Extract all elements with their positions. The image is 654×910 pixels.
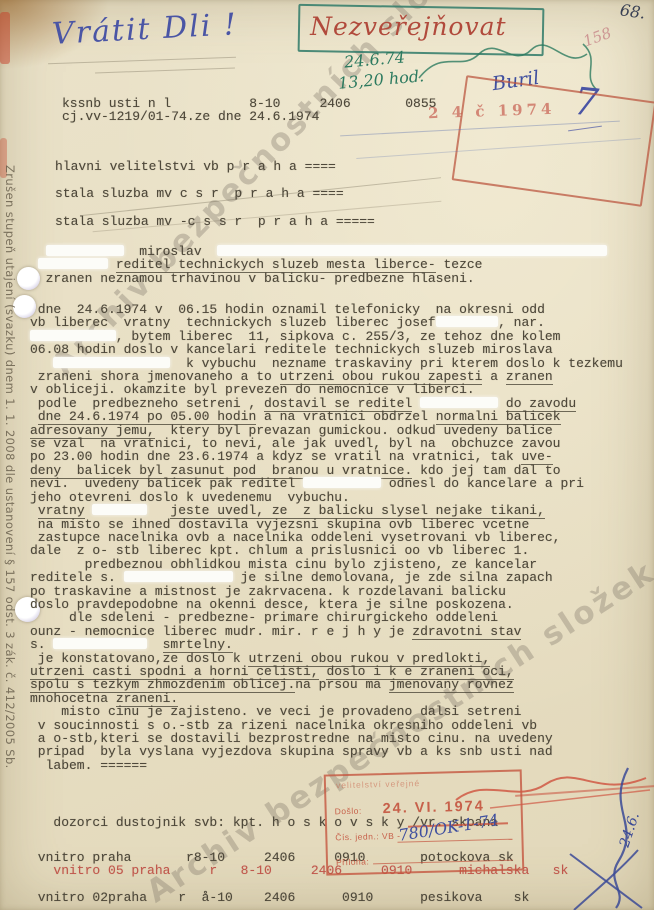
recipient-addresses: hlavni velitelstvi vb p r a h a ====stal…	[55, 160, 375, 242]
blue-date-scrawl: 24.6.	[617, 811, 643, 850]
red-line	[515, 785, 654, 796]
faded-archive-number: 158	[581, 24, 614, 51]
subject-block: miroslav reditel technickych sluzeb mest…	[30, 245, 607, 285]
red-edge-mark	[0, 12, 10, 64]
tilted-stamp-frame	[452, 75, 654, 207]
do-not-publish-stamp-frame: Nezveřejňovat	[298, 4, 545, 56]
received-ref-label: Čís. jedn.: VB -	[335, 831, 400, 843]
document-header: kssnb usti n l 8-10 2406 0855cj.vv-1219/…	[62, 97, 436, 124]
received-priloha-label: Příloha:	[336, 856, 370, 867]
do-not-publish-text: Nezveřejňovat	[310, 12, 506, 41]
received-stamp-header: velitelství veřejné	[336, 778, 420, 790]
page-number: 68.	[619, 0, 647, 22]
document-body: dne 24.6.1974 v 06.15 hodin oznamil tele…	[30, 303, 623, 772]
scanned-document-page: Archiv bezpečnostních složek Archiv bezp…	[0, 0, 654, 910]
declassification-note: Zrušen stupeň utajení (svazku) dnem 1. 1…	[3, 165, 17, 769]
received-doslo-label: Došlo:	[335, 806, 362, 817]
